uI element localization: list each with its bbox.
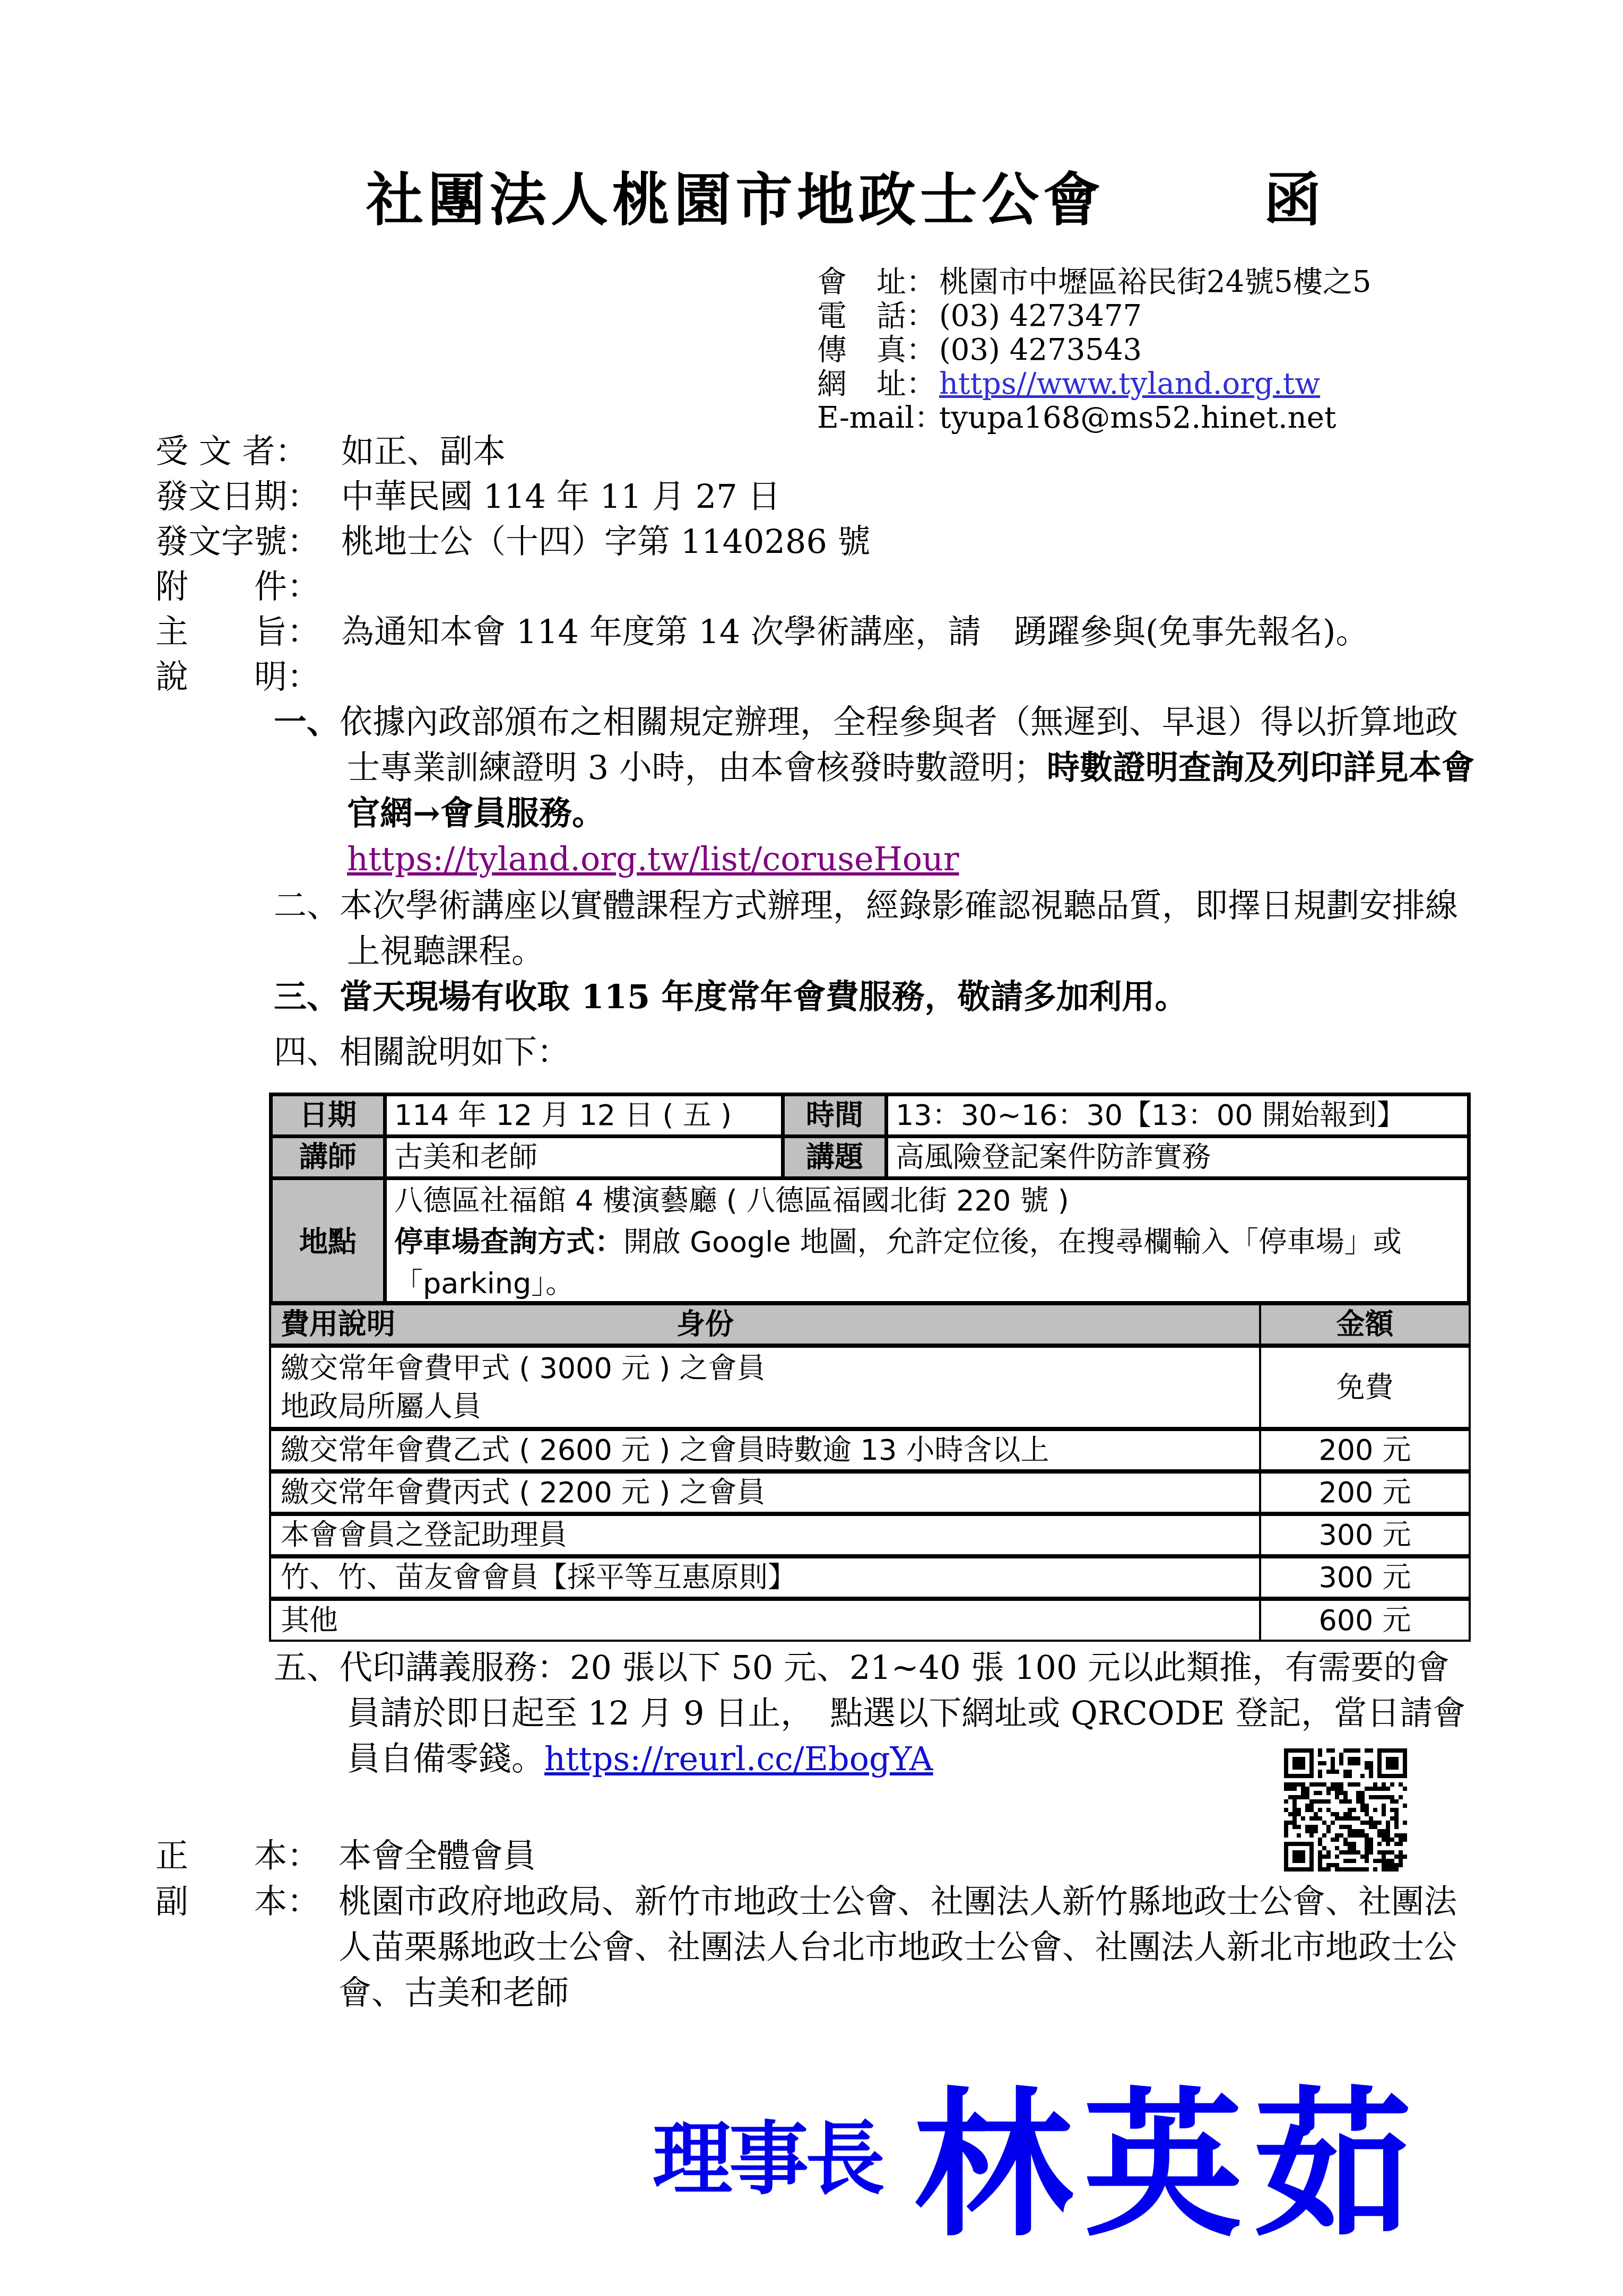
fee-header-amount: 金額	[1260, 1303, 1470, 1346]
explanation-item-3: 三、當天現場有收取 115 年度常年會費服務，敬請多加利用。	[274, 974, 1483, 1020]
letterhead-title: 社團法人桃園市地政士公會函	[366, 154, 1325, 236]
signature-name: 林英茹	[914, 2071, 1423, 2258]
subject-row: 主 旨：為通知本會 114 年度第 14 次學術講座，請 踴躍參與(免事先報名)…	[155, 609, 1368, 655]
fee-row: 竹、竹、苗友會會員【採平等互惠原則】 300 元	[270, 1556, 1470, 1599]
organization-name: 社團法人桃園市地政士公會	[366, 167, 1105, 233]
speaker-label: 講師	[271, 1137, 385, 1179]
explanation-item-4: 四、相關說明如下：	[274, 1029, 1483, 1075]
attachment-row: 附 件：	[155, 564, 341, 610]
handout-registration-link[interactable]: https://reurl.cc/EbogYA	[544, 1739, 933, 1778]
fee-row: 本會會員之登記助理員 300 元	[270, 1514, 1470, 1556]
date-value: 114 年 12 月 12 日 ( 五 )	[385, 1095, 783, 1137]
contact-website: 網 址：https//www.tyland.org.tw	[817, 367, 1372, 401]
fee-row: 繳交常年會費甲式 ( 3000 元 ) 之會員地政局所屬人員 免費	[270, 1346, 1470, 1429]
contact-address: 會 址：桃園市中壢區裕民街24號5樓之5	[817, 265, 1372, 299]
contact-fax: 傳 真：(03) 4273543	[817, 333, 1372, 367]
document-type: 函	[1264, 167, 1325, 233]
fee-table: 費用說明身份 金額 繳交常年會費甲式 ( 3000 元 ) 之會員地政局所屬人員…	[269, 1301, 1471, 1642]
fee-row: 其他 600 元	[270, 1599, 1470, 1641]
time-label: 時間	[783, 1095, 887, 1137]
topic-label: 講題	[783, 1137, 887, 1179]
event-info-table: 日期 114 年 12 月 12 日 ( 五 ) 時間 13：30~16：30【…	[269, 1093, 1471, 1308]
explanation-row: 說 明：	[155, 654, 341, 700]
chairman-signature: 理事長林英茹	[653, 2038, 1423, 2266]
fee-header-identity: 費用說明身份	[270, 1303, 1260, 1346]
original-recipients-row: 正 本：本會全體會員	[155, 1833, 536, 1879]
course-hour-link[interactable]: https://tyland.org.tw/list/coruseHour	[347, 839, 959, 878]
issue-date-row: 發文日期：中華民國 114 年 11 月 27 日	[155, 474, 780, 519]
location-label: 地點	[271, 1179, 385, 1306]
fee-row: 繳交常年會費丙式 ( 2200 元 ) 之會員 200 元	[270, 1471, 1470, 1514]
parking-label: 停車場查詢方式：	[394, 1225, 623, 1259]
date-label: 日期	[271, 1095, 385, 1137]
signature-title: 理事長	[653, 2112, 882, 2206]
qr-code-icon[interactable]	[1284, 1748, 1407, 1872]
contact-email: E-mail：tyupa168@ms52.hinet.net	[817, 401, 1372, 435]
venue-address: 八德區社福館 4 樓演藝廳 ( 八德區福國北街 220 號 )	[394, 1180, 1460, 1221]
reference-number-row: 發文字號：桃地士公（十四）字第 1140286 號	[155, 519, 871, 565]
topic-value: 高風險登記案件防詐實務	[887, 1137, 1469, 1179]
contact-block: 會 址：桃園市中壢區裕民街24號5樓之5 電 話：(03) 4273477 傳 …	[817, 265, 1372, 435]
fee-row: 繳交常年會費乙式 ( 2600 元 ) 之會員時數逾 13 小時含以上 200 …	[270, 1429, 1470, 1471]
copy-recipients-row: 副 本： 桃園市政府地政局、新竹市地政士公會、社團法人新竹縣地政士公會、社團法人…	[155, 1879, 1471, 2016]
explanation-item-2: 二、本次學術講座以實體課程方式辦理，經錄影確認視聽品質，即擇日規劃安排線上視聽課…	[274, 883, 1483, 974]
location-value: 八德區社福館 4 樓演藝廳 ( 八德區福國北街 220 號 ) 停車場查詢方式：…	[385, 1179, 1469, 1306]
website-link[interactable]: https//www.tyland.org.tw	[939, 367, 1320, 401]
time-value: 13：30~16：30【13：00 開始報到】	[887, 1095, 1469, 1137]
contact-phone: 電 話：(03) 4273477	[817, 299, 1372, 333]
speaker-value: 古美和老師	[385, 1137, 783, 1179]
recipient-row: 受 文 者：如正、副本	[155, 429, 506, 474]
explanation-item-1: 一、依據內政部頒布之相關規定辦理，全程參與者（無遲到、早退）得以折算地政士專業訓…	[274, 699, 1483, 882]
